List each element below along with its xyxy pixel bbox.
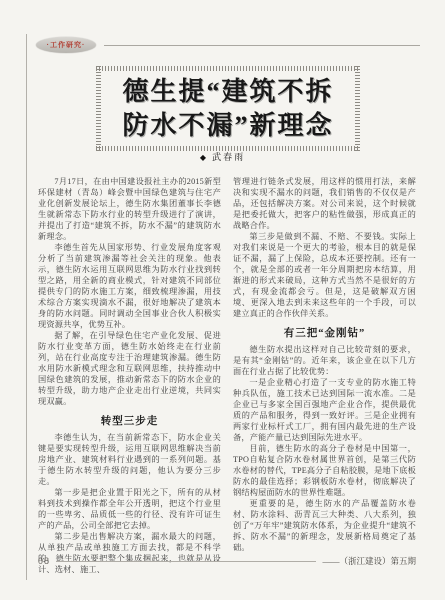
source-attribution: ——（浙江建设）第五期 xyxy=(322,555,416,567)
article-title-box: 德生提“建筑不拆 防水不漏”新理念 xyxy=(96,66,360,151)
column-right: 管理进行链条式发展，用这样的惯用打法，来解决和实现不漏水的问题，我们销售的不仅仅… xyxy=(233,176,416,575)
author-line: ◆武春雨 xyxy=(0,150,445,163)
paragraph: 第二步是出售解决方案，漏水最大的问题，从单独产品或单独施工方面去找，都是不科学的… xyxy=(38,531,221,575)
article-title-line2: 防水不漏”新理念 xyxy=(102,109,354,143)
badge-label: ·工作研究· xyxy=(47,40,86,50)
paragraph: 李德生首先从国家形势、行业发展角度客观分析了当前建筑渗漏等社会关注的现象。他表示… xyxy=(38,242,221,330)
paragraph: 一是企业精心打造了一支专业的防水施工特种兵队伍，施工技术已达到国际一流水准。二是… xyxy=(233,377,416,443)
magazine-page: ·工作研究· 德生提“建筑不拆 防水不漏”新理念 ◆武春雨 7月17日，在由中国… xyxy=(0,0,445,600)
paragraph: 德生防水提出这样对自己比较苛刻的要求，是有其“金刚钻”的。近年来，该企业在以下几… xyxy=(233,344,416,377)
paragraph: 李德生认为，在当前新常态下，防水企业关键是要实现转型升级，运用互联网思维解决当前… xyxy=(38,432,221,487)
paragraph: 第一步是把企业置于阳光之下，所有的从材料到技术到操作都全年公开透明，把这个行业里… xyxy=(38,487,221,531)
page-footer: 08 ——（浙江建设）第五期 xyxy=(38,555,416,567)
article-title-line1: 德生提“建筑不拆 xyxy=(102,75,354,109)
diamond-icon: ◆ xyxy=(200,153,208,162)
paragraph: 管理进行链条式发展，用这样的惯用打法，来解决和实现不漏水的问题，我们销售的不仅仅… xyxy=(233,176,416,231)
author-name: 武春雨 xyxy=(212,152,245,162)
section-heading: 转型三步走 xyxy=(38,413,221,428)
paragraph: 据了解，在引导绿色住宅产业化发展、促进防水行业变革方面，德生防水始终走在行业前列… xyxy=(38,330,221,407)
footer-rule xyxy=(56,561,316,562)
paragraph: 7月17日，在由中国建设报社主办的2015新型环保建材（青岛）峰会暨中国绿色建筑… xyxy=(38,176,221,242)
header-rule xyxy=(104,45,420,46)
column-left: 7月17日，在由中国建设报社主办的2015新型环保建材（青岛）峰会暨中国绿色建筑… xyxy=(38,176,221,575)
column-badge: ·工作研究· xyxy=(36,37,96,53)
left-margin-rule xyxy=(26,34,27,580)
paragraph: 目前，德生防水的高分子卷材是中国第一，TPO自粘复合防水卷材属世界首创，是第三代… xyxy=(233,443,416,498)
paragraph: 第三步是做到不漏、不赔、不要钱。实际上对我们来说是一个更大的考验，根本目的就是保… xyxy=(233,231,416,319)
paragraph: 更重要的是，德生防水的产品覆盖防水卷材、防水涂料、沥青瓦三大种类、八大系列，独创… xyxy=(233,498,416,553)
section-heading: 有三把“金刚钻” xyxy=(233,325,416,340)
page-number: 08 xyxy=(38,556,50,566)
article-body: 7月17日，在由中国建设报社主办的2015新型环保建材（青岛）峰会暨中国绿色建筑… xyxy=(38,176,416,575)
